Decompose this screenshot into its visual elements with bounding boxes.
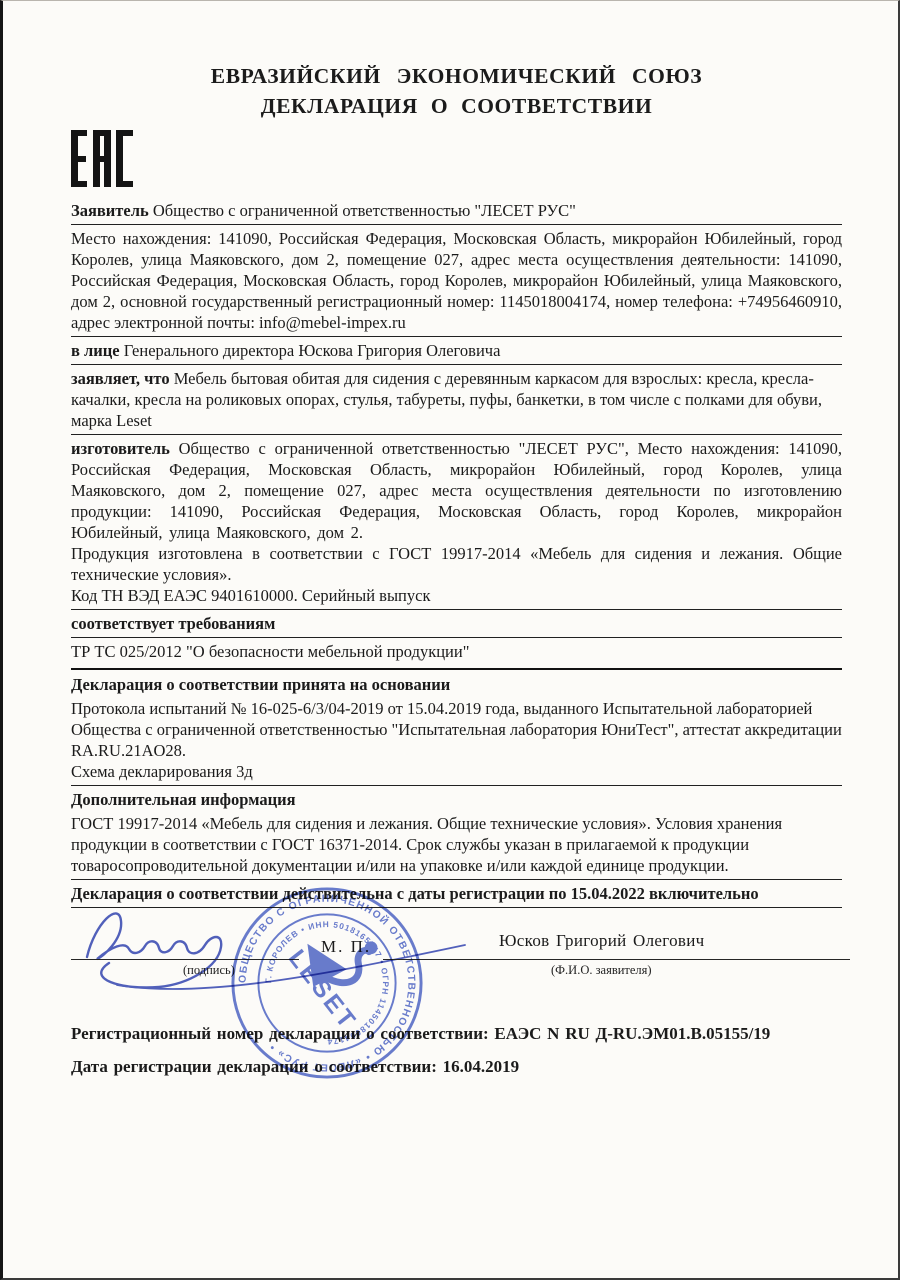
title-doc-type: ДЕКЛАРАЦИЯ О СООТВЕТСТВИИ bbox=[71, 91, 842, 121]
divider bbox=[71, 224, 842, 225]
address-paragraph: Место нахождения: 141090, Российская Фед… bbox=[71, 228, 842, 333]
eac-mark-icon: ЕАС bbox=[71, 130, 842, 192]
signature-area: М. П. (подпись) Юсков Григорий Олегович … bbox=[71, 911, 842, 1011]
applicant-name: Юсков Григорий Олегович bbox=[499, 931, 704, 951]
divider bbox=[71, 879, 842, 880]
divider bbox=[71, 637, 842, 638]
divider bbox=[71, 609, 842, 610]
registration-number-row: Регистрационный номер декларации о соотв… bbox=[71, 1024, 842, 1044]
complies-heading: соответствует требованиям bbox=[71, 613, 842, 634]
name-caption: (Ф.И.О. заявителя) bbox=[551, 963, 652, 978]
basis-paragraph: Протокола испытаний № 16-025-6/3/04-2019… bbox=[71, 698, 842, 761]
applicant-value: Общество с ограниченной ответственностью… bbox=[153, 201, 576, 220]
additional-paragraph: ГОСТ 19917-2014 «Мебель для сидения и ле… bbox=[71, 813, 842, 876]
name-line bbox=[383, 959, 850, 960]
manufacturer-label: изготовитель bbox=[71, 439, 170, 458]
divider bbox=[71, 364, 842, 365]
represented-by-value: Генерального директора Юскова Григория О… bbox=[124, 341, 501, 360]
company-stamp: ОБЩЕСТВО С ОГРАНИЧЕННОЙ ОТВЕТСТВЕННОСТЬЮ… bbox=[229, 885, 425, 1081]
manufacturer-value: Общество с ограниченной ответственностью… bbox=[71, 439, 842, 542]
stamp-bird-icon bbox=[307, 941, 377, 987]
declaration-document: ЕВРАЗИЙСКИЙ ЭКОНОМИЧЕСКИЙ СОЮЗ ДЕКЛАРАЦИ… bbox=[0, 0, 900, 1280]
scheme-row: Схема декларирования 3д bbox=[71, 761, 842, 782]
divider bbox=[71, 434, 842, 435]
signature-caption: (подпись) bbox=[183, 963, 235, 978]
applicant-label: Заявитель bbox=[71, 201, 149, 220]
divider bbox=[71, 336, 842, 337]
registration-date-row: Дата регистрации декларации о соответств… bbox=[71, 1057, 842, 1077]
document-title: ЕВРАЗИЙСКИЙ ЭКОНОМИЧЕСКИЙ СОЮЗ ДЕКЛАРАЦИ… bbox=[71, 61, 842, 121]
title-union: ЕВРАЗИЙСКИЙ ЭКОНОМИЧЕСКИЙ СОЮЗ bbox=[71, 61, 842, 91]
declares-label: заявляет, что bbox=[71, 369, 170, 388]
tnved-row: Код ТН ВЭД ЕАЭС 9401610000. Серийный вып… bbox=[71, 585, 842, 606]
basis-heading: Декларация о соответствии принята на осн… bbox=[71, 674, 842, 695]
represented-by-label: в лице bbox=[71, 341, 120, 360]
divider bbox=[71, 785, 842, 786]
manufacturer-paragraph: изготовитель Общество с ограниченной отв… bbox=[71, 438, 842, 543]
divider-thick bbox=[71, 668, 842, 670]
declares-paragraph: заявляет, что Мебель бытовая обитая для … bbox=[71, 368, 842, 431]
tech-reg-row: ТР ТС 025/2012 "О безопасности мебельной… bbox=[71, 641, 842, 662]
additional-heading: Дополнительная информация bbox=[71, 789, 842, 810]
eac-mark-label: ЕАС bbox=[133, 130, 134, 131]
made-per-gost: Продукция изготовлена в соответствии с Г… bbox=[71, 543, 842, 585]
represented-by-row: в лице Генерального директора Юскова Гри… bbox=[71, 340, 842, 361]
applicant-row: Заявитель Общество с ограниченной ответс… bbox=[71, 200, 842, 221]
declares-value: Мебель бытовая обитая для сидения с дере… bbox=[71, 369, 822, 430]
